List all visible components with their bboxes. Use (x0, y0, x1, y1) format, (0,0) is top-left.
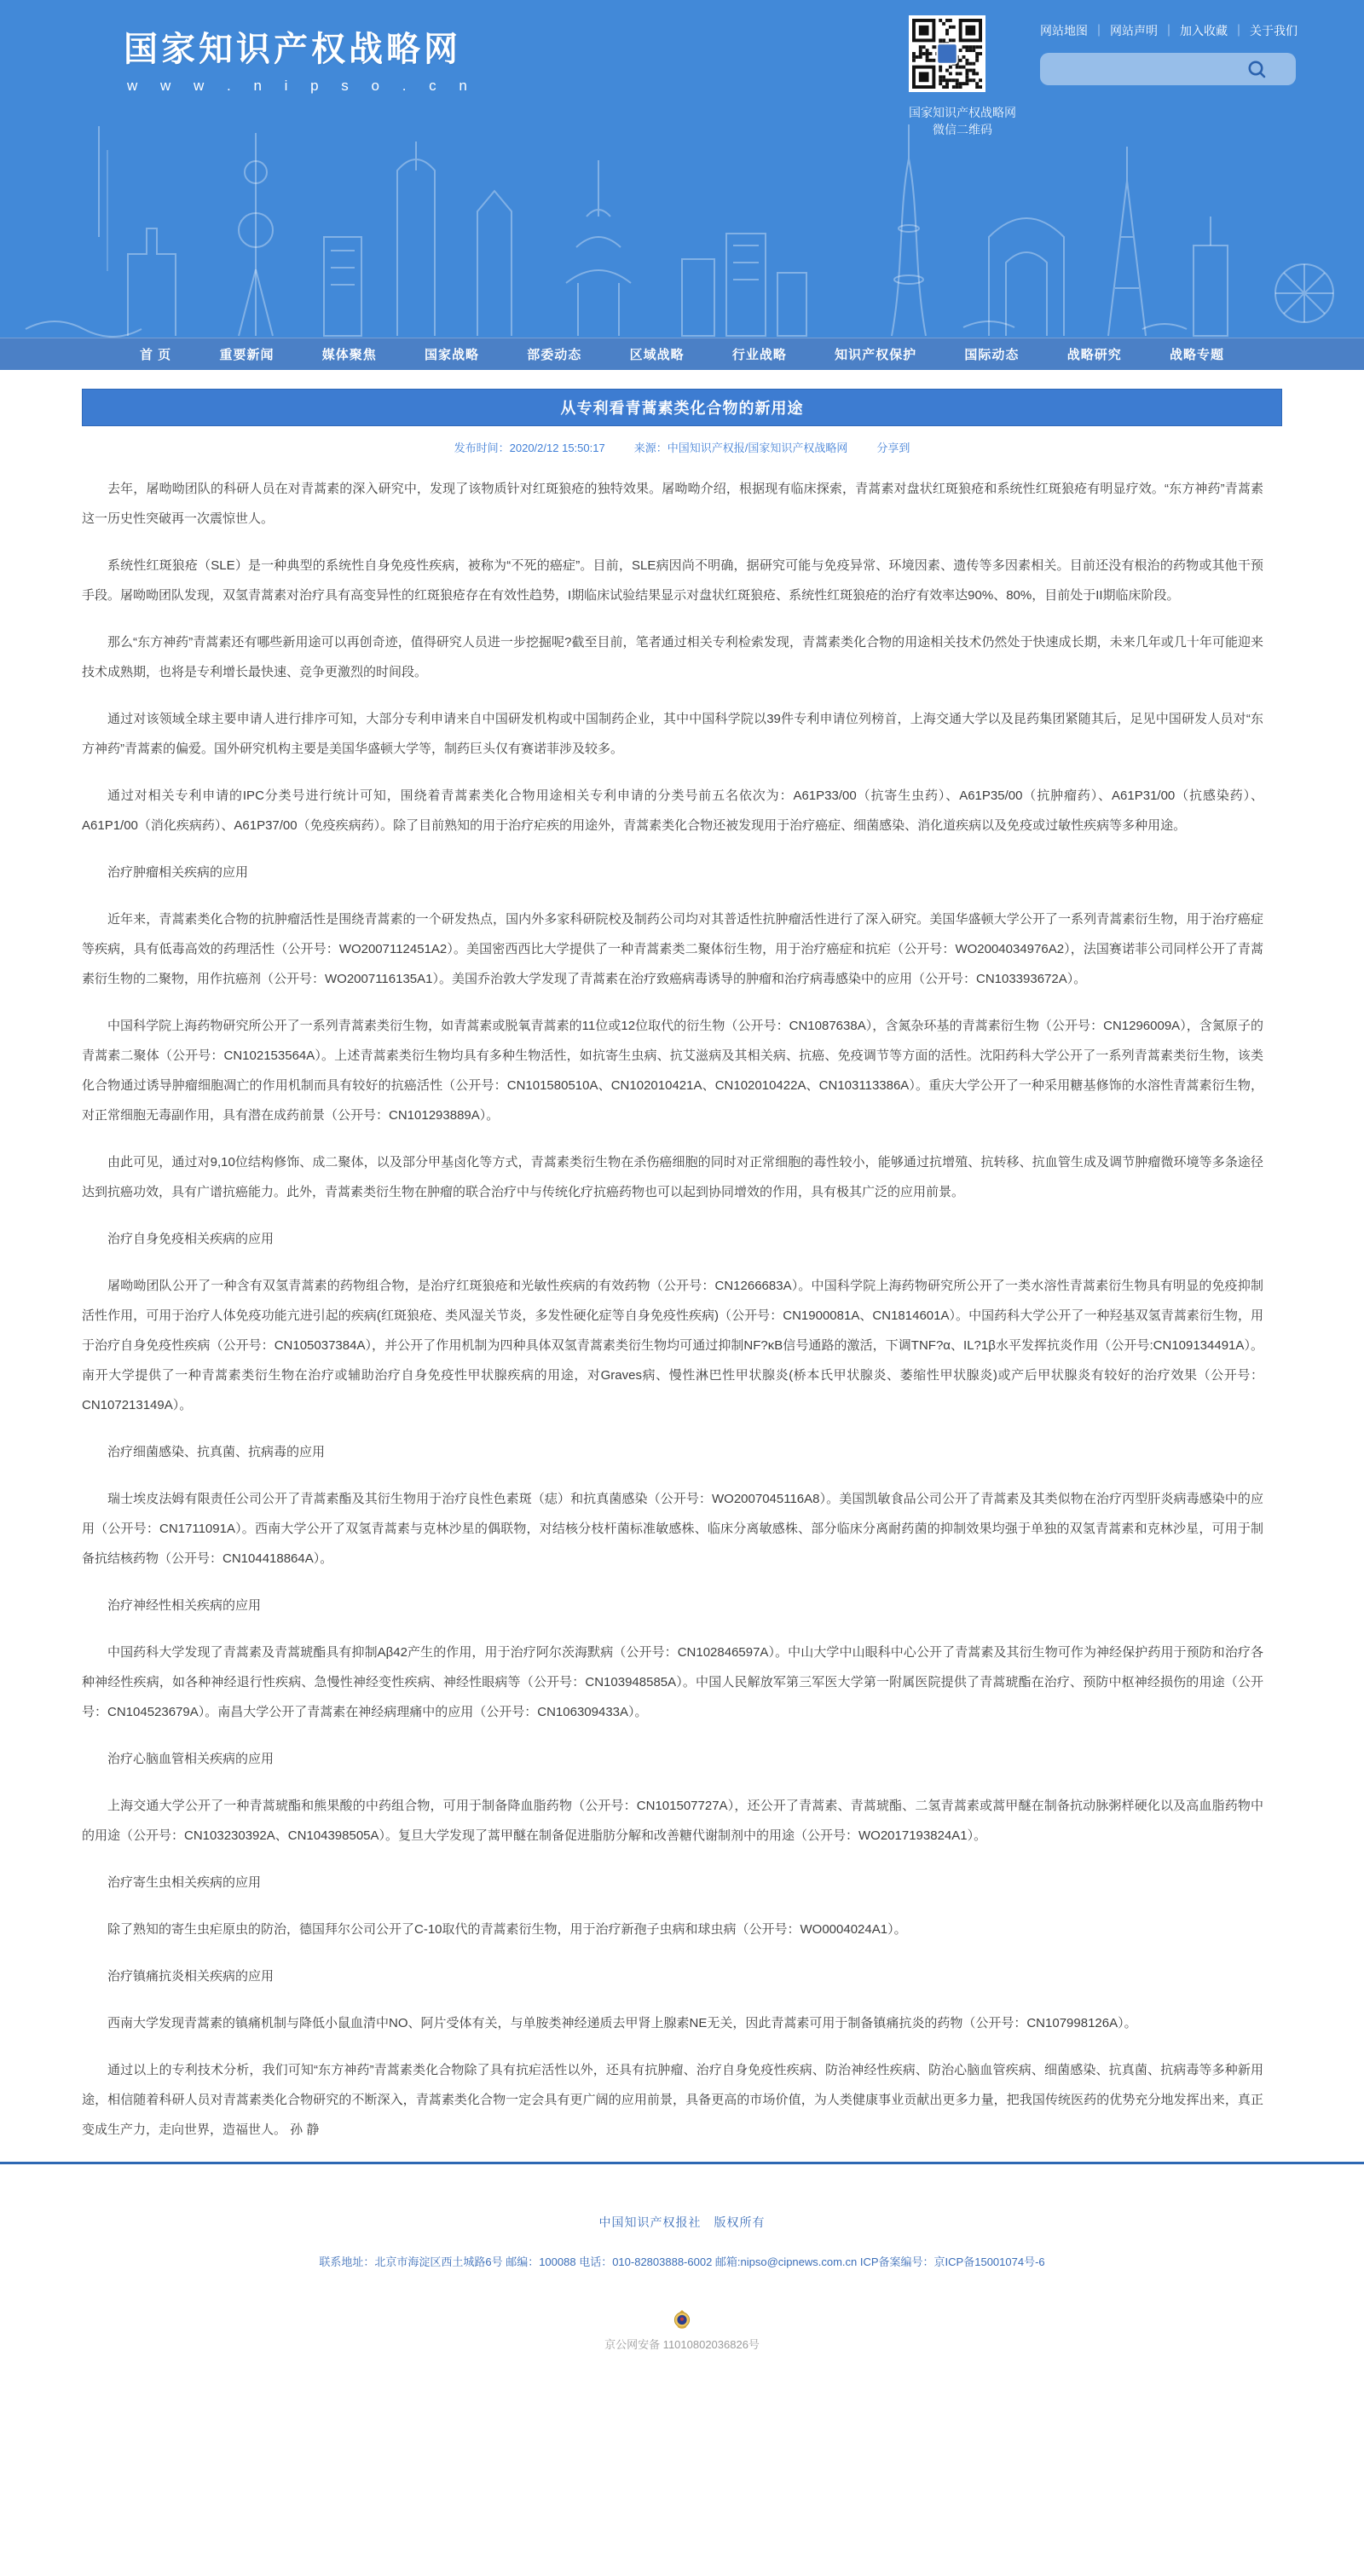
paragraph: 通过对该领域全球主要申请人进行排序可知，大部分专利申请来自中国研发机构或中国制药… (82, 704, 1263, 764)
nav-item[interactable]: 战略专题 (1170, 345, 1224, 363)
site-url: w w w . n i p s o . c n (127, 78, 477, 95)
wechat-qr-block: 国家知识产权战略网 微信二维码 (909, 15, 1016, 138)
section-heading: 治疗自身免疫相关疾病的应用 (82, 1224, 1263, 1254)
top-links: 网站地图网站声明加入收藏关于我们 (1040, 22, 1304, 39)
top-link-4[interactable]: 关于我们 (1228, 22, 1298, 39)
top-link-2[interactable]: 网站声明 (1088, 22, 1158, 39)
site-title: 国家知识产权战略网 (124, 22, 477, 71)
paragraph: 中国药科大学发现了青蒿素及青蒿琥酯具有抑制Aβ42产生的作用，用于治疗阿尔茨海默… (82, 1637, 1263, 1727)
wechat-qr-code (909, 15, 985, 92)
nav-item[interactable]: 首 页 (140, 345, 171, 363)
site-header: 国家知识产权战略网 w w w . n i p s o . c n 国家知识产权… (0, 0, 1364, 338)
nav-item[interactable]: 知识产权保护 (835, 345, 916, 363)
police-record-text: 京公网安备 11010802036826号 (604, 2336, 760, 2352)
paragraph: 由此可见，通过对9,10位结构修饰、成二聚体，以及部分甲基卤化等方式，青蒿素类衍… (82, 1147, 1263, 1207)
paragraph: 上海交通大学公开了一种青蒿琥酯和熊果酸的中药组合物，可用于制备降血脂药物（公开号… (82, 1791, 1263, 1851)
paragraph: 瑞士埃皮法姆有限责任公司公开了青蒿素酯及其衍生物用于治疗良性色素斑（痣）和抗真菌… (82, 1484, 1263, 1574)
paragraph: 西南大学发现青蒿素的镇痛机制与降低小鼠血清中NO、阿片受体有关，与单胺类神经递质… (82, 2008, 1263, 2038)
main-nav: 首 页重要新闻媒体聚焦国家战略部委动态区域战略行业战略知识产权保护国际动态战略研… (0, 338, 1364, 370)
nav-item[interactable]: 部委动态 (527, 345, 581, 363)
nav-item[interactable]: 媒体聚焦 (322, 345, 377, 363)
paragraph: 近年来，青蒿素类化合物的抗肿瘤活性是围绕青蒿素的一个研发热点，国内外多家科研院校… (82, 904, 1263, 994)
nav-item[interactable]: 国际动态 (964, 345, 1019, 363)
section-heading: 治疗镇痛抗炎相关疾病的应用 (82, 1961, 1263, 1991)
paragraph: 系统性红斑狼疮（SLE）是一种典型的系统性自身免疫性疾病，被称为“不死的癌症”。… (82, 551, 1263, 610)
nav-item[interactable]: 重要新闻 (219, 345, 274, 363)
section-heading: 治疗心脑血管相关疾病的应用 (82, 1744, 1263, 1774)
paragraph: 屠呦呦团队公开了一种含有双氢青蒿素的药物组合物，是治疗红斑狼疮和光敏性疾病的有效… (82, 1271, 1263, 1420)
footer-copyright: 中国知识产权报社 版权所有 (0, 2214, 1364, 2231)
share-button[interactable]: 分享到 (876, 439, 910, 455)
police-badge-icon (673, 2310, 691, 2329)
top-link-3[interactable]: 加入收藏 (1158, 22, 1228, 39)
nav-item[interactable]: 国家战略 (425, 345, 479, 363)
paragraph: 中国科学院上海药物研究所公开了一系列青蒿素类衍生物，如青蒿素或脱氧青蒿素的11位… (82, 1011, 1263, 1130)
paragraph: 通过以上的专利技术分析，我们可知“东方神药”青蒿素类化合物除了具有抗疟活性以外，… (82, 2055, 1263, 2145)
article-source: 来源：中国知识产权报/国家知识产权战略网 (634, 439, 848, 455)
section-heading: 治疗细菌感染、抗真菌、抗病毒的应用 (82, 1437, 1263, 1467)
site-logo[interactable]: 国家知识产权战略网 w w w . n i p s o . c n (124, 22, 477, 138)
article-title-bar: 从专利看青蒿素类化合物的新用途 (82, 389, 1282, 426)
publish-time: 发布时间：2020/2/12 15:50:17 (454, 439, 605, 455)
section-heading: 治疗神经性相关疾病的应用 (82, 1591, 1263, 1620)
footer-contact: 联系地址：北京市海淀区西土城路6号 邮编：100088 电话：010-82803… (0, 2253, 1364, 2269)
article-meta: 发布时间：2020/2/12 15:50:17 来源：中国知识产权报/国家知识产… (82, 439, 1282, 455)
paragraph: 去年，屠呦呦团队的科研人员在对青蒿素的深入研究中，发现了该物质针对红斑狼疮的独特… (82, 474, 1263, 534)
paragraph: 那么“东方神药”青蒿素还有哪些新用途可以再创奇迹，值得研究人员进一步挖掘呢?截至… (82, 627, 1263, 687)
police-record-link[interactable]: 京公网安备 11010802036826号 (604, 2310, 760, 2386)
paragraph: 除了熟知的寄生虫疟原虫的防治，德国拜尔公司公开了C-10取代的青蒿素衍生物，用于… (82, 1915, 1263, 1944)
site-footer: 中国知识产权报社 版权所有 联系地址：北京市海淀区西土城路6号 邮编：10008… (0, 2162, 1364, 2386)
article-body: 去年，屠呦呦团队的科研人员在对青蒿素的深入研究中，发现了该物质针对红斑狼疮的独特… (82, 474, 1282, 2145)
nav-item[interactable]: 战略研究 (1067, 345, 1122, 363)
paragraph: 通过对相关专利申请的IPC分类号进行统计可知，围绕着青蒿素类化合物用途相关专利申… (82, 781, 1263, 840)
section-heading: 治疗寄生虫相关疾病的应用 (82, 1868, 1263, 1897)
search-box (1040, 53, 1296, 85)
article-page: 从专利看青蒿素类化合物的新用途 发布时间：2020/2/12 15:50:17 … (82, 389, 1282, 2145)
skyline-illustration (0, 109, 1364, 338)
nav-item[interactable]: 区域战略 (630, 345, 685, 363)
qr-caption: 国家知识产权战略网 微信二维码 (909, 104, 1016, 138)
search-icon[interactable] (1246, 59, 1267, 79)
page-title: 从专利看青蒿素类化合物的新用途 (561, 396, 804, 419)
nav-item[interactable]: 行业战略 (732, 345, 787, 363)
section-heading: 治疗肿瘤相关疾病的应用 (82, 858, 1263, 887)
top-link-1[interactable]: 网站地图 (1040, 22, 1088, 39)
